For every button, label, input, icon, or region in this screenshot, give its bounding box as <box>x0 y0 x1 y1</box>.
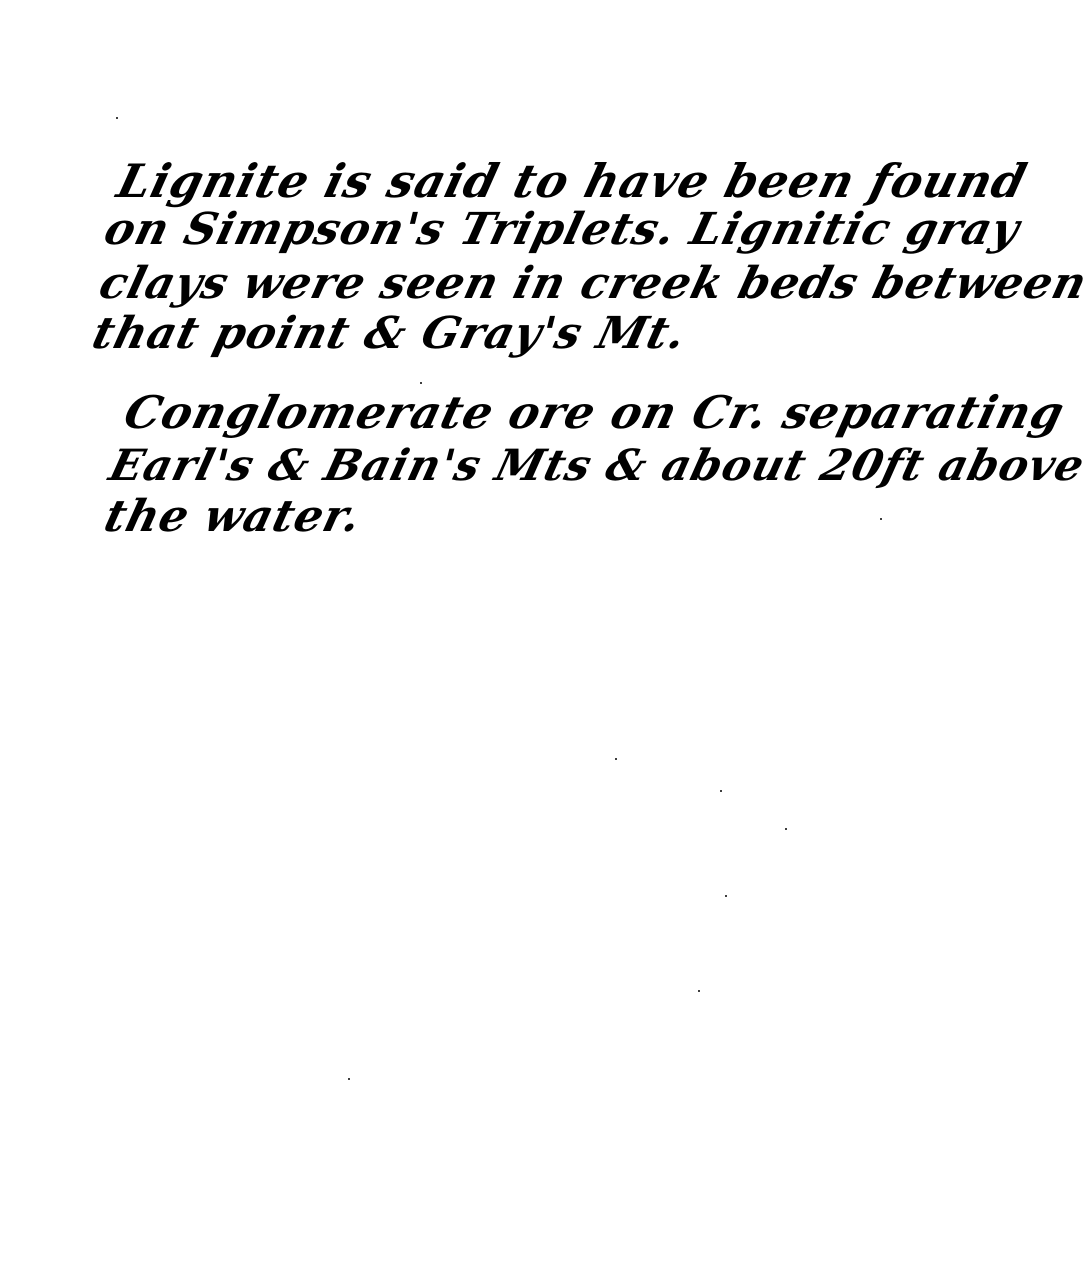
text-line: Earl's & Bain's Mts & about 20ft above <box>105 445 1089 488</box>
scan-speck <box>116 117 118 119</box>
scan-speck <box>615 758 617 760</box>
text-line: the water. <box>100 495 366 539</box>
text-line: clays were seen in creek beds between <box>95 262 1089 306</box>
scan-speck <box>698 990 700 992</box>
scan-speck <box>880 518 882 520</box>
scan-speck <box>785 828 787 830</box>
text-line: Conglomerate ore on Cr. separating <box>120 390 1069 435</box>
text-line: on Simpson's Triplets. Lignitic gray <box>100 208 1024 252</box>
scan-speck <box>420 382 422 384</box>
scan-speck <box>348 1078 350 1080</box>
text-line: Lignite is said to have been found <box>113 158 1032 204</box>
scan-speck <box>720 790 722 792</box>
document-page: Lignite is said to have been found on Si… <box>0 0 1089 1287</box>
scan-speck <box>725 895 727 897</box>
text-line: that point & Gray's Mt. <box>88 312 691 356</box>
